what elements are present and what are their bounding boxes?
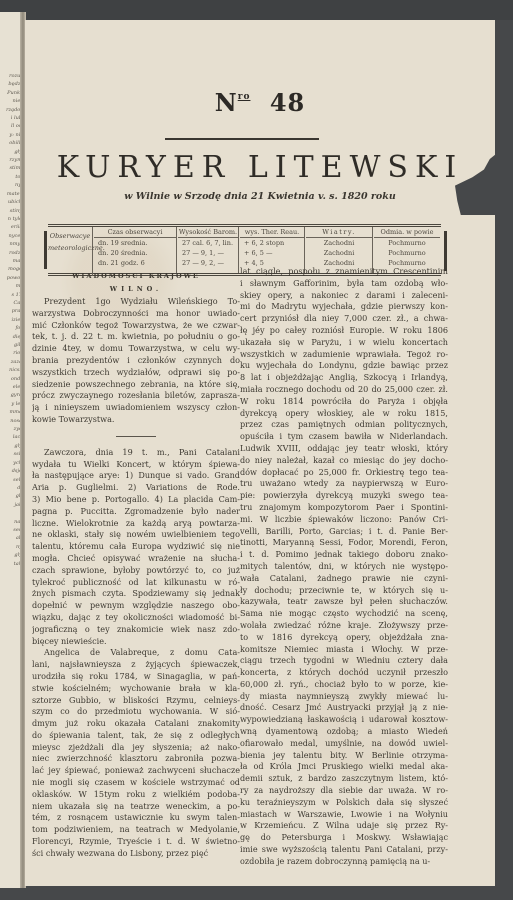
text-line: siedzenie powszechnego zebrania, na któr… [32,379,240,391]
cell: 27 — 9, 1, — [178,248,238,258]
edge-text-line: y le- [0,400,22,408]
text-line: gę do Petersburga i Moskwy. Wsławiając [240,832,448,844]
edge-text-line: rzym [0,156,22,164]
edge-text-line: eriis [0,223,22,231]
text-line: ku wyjechała do Londynu, gdzie bawiąc pr… [240,360,448,372]
table-left-bar [44,231,47,269]
text-line: to w 1816 dyrekcyą opery, objeżdżała zna… [240,632,448,644]
text-line: pagna p. Puccitta. Zgromadzenie było nad… [32,506,240,518]
text-line: tylekroć publiczność od lat kilkunastu w… [32,577,240,589]
cell: 27 — 9, 2, — [178,258,238,268]
edge-text-line: stiny [0,207,22,215]
edge-text-line: rio- [0,349,22,357]
edge-text-line: m- [0,282,22,290]
text-line: Prezydent 1go Wydziału Wileńskiego To- [32,296,240,308]
cell: 27 cal. 6, 7, lin. [178,238,238,248]
text-line: mi do Madrytu wyjechała, gdzie pierwszy … [240,301,448,313]
text-line: szym co do przedmiotu wychowania. W sió- [32,706,240,718]
section-heading: WIADOMOSCI KRAJOWE [32,270,240,282]
text-line: Sama nie mogąc często wychodzić na scenę… [240,608,448,620]
cell: Pochmurno [374,238,440,248]
text-line: do śpiewania talent, tak, że się z odleg… [32,730,240,742]
text-line: mi. W liczbie śpiewaków liczono: Panów C… [240,514,448,526]
issue-number-value: 48 [270,88,305,117]
edge-text-line: i lub [0,114,22,122]
header-thermometer: wys. Ther. Reau. [240,227,304,238]
text-line: wszystkich w zadumienie wprawiała. Tegoż… [240,349,448,361]
text-line: ry za naydroższy dla siebie dar uważa. W… [240,785,448,797]
title-rule [165,138,319,140]
cell: dn. 19 srednia. [94,238,176,248]
text-line: tru znajomym kompozytorom Paer i Spontin… [240,502,448,514]
text-line: niem ukazała się na teatrze weneckim, a … [32,801,240,813]
edge-text-line: diej [0,333,22,341]
text-line: kazywała, teatr zawsze był pełen słuchac… [240,596,448,608]
text-line: ozdobiła je razem dobroczynną pamięcią n… [240,856,448,868]
edge-text-line: gly [0,551,22,559]
text-line: ne oklaski, stały się nowém uwielbieniem… [32,529,240,541]
text-line: wiązku, dając z tey okoliczności wiadomo… [32,612,240,624]
edge-text-line: ali [0,534,22,542]
text-line: kowie Towarzystwa. [32,414,240,426]
text-line: ła następujące arye: 1) Dunque si vado. … [32,470,240,482]
text-line: i t. d. Pomimo jednak takiego doboru zna… [240,549,448,561]
header-winds: Wiatry. [306,227,372,238]
text-line: miastach w Warszawie, Lwowie i na Wołyni… [240,809,448,821]
article-divider [116,436,156,437]
text-line: dów dopłacać po 25,000 fr. Orkiestrę teg… [240,467,448,479]
edge-text-line: rządo- [0,106,22,114]
text-line: mić Członków tegoż Towarzystwa, że we cz… [32,320,240,332]
text-line: 60,000 zł. ryń., chociaż było to w porze… [240,679,448,691]
text-line: niec zwierzchność klasztoru zabroniła po… [32,753,240,765]
edge-text-line: gili [0,341,22,349]
edge-text-line: ma- [0,257,22,265]
edge-text-line: jak [0,501,22,509]
scanner-background [0,0,513,20]
left-page-edge-text: rozu,będziPunktnie-rządo-i lubll ody: ni… [0,72,22,568]
text-line: i sławnym Gafforinim, była tam ozdobą wł… [240,278,448,290]
header-barometer: Wysokość Barom. [178,227,238,238]
edge-text-line: dsje [0,467,22,475]
text-line: 3) Mio bene p. Portogallo. 4) La placida… [32,494,240,506]
edge-text-line: ubich [0,198,22,206]
text-line: jograficzną o tey znakomicie wiek nasz z… [32,624,240,636]
text-line: talentu, któremu cała Europa wydziwić si… [32,541,240,553]
text-line: 8 lat i objeżdżając Anglią, Szkocyą i Ir… [240,372,448,384]
text-line: ofiarowało medal, umyślnie, na dowód uwi… [240,738,448,750]
text-line: tek, t. j. d. 22 t. m. kwietnia, po połu… [32,331,240,343]
header-sky: Odmia. w powie [374,227,440,238]
text-line: imie swe wyższością talentu Pani Catalan… [240,844,448,856]
text-line: pie: powierzyła dyrekcyą muzyki swego te… [240,490,448,502]
edge-text-line: zaza [0,358,22,366]
cell: + 6, 2 stopn [240,238,304,248]
text-line: koncerta, z których dochód uczynił przes… [240,667,448,679]
text-line: brania prezydentów i członków czynnych d… [32,355,240,367]
text-line: wną dyamentową ozdobą; a miasto Wiedeń [240,726,448,738]
edge-text-line: stim, [0,164,22,172]
col-barometer: Wysokość Barom. 27 cal. 6, 7, lin. 27 — … [178,227,239,273]
text-line: dmym już roku okazała Catalani znakomity [32,718,240,730]
edge-text-line: sel- [0,476,22,484]
col-time: Czas obserwacyi dn. 19 srednia. dn. 20 ś… [94,227,177,273]
edge-text-line: gli [0,492,22,500]
edge-text-line: lac- [0,433,22,441]
edge-text-line: mma [0,408,22,416]
edge-text-line: rozu, [0,72,22,80]
text-line: wydała tu Wielki Koncert, w którym śpiew… [32,459,240,471]
edge-text-line: ll od [0,122,22,130]
edge-text-line: mater [0,190,22,198]
text-line: tém, z rosnącem ustawicznie ku swym tale… [32,812,240,824]
dateline: w Wilnie w Srzodę dnia 21 Kwietnia v. s.… [25,191,495,202]
edge-text-line: nmy- [0,240,22,248]
text-line: Angelica de Valabreque, z domu Cata- [32,647,240,659]
text-line: Florencyi, Rzymie, Tryeście i t. d. W św… [32,836,240,848]
text-line: ści chwały wezwana do Lisbony, przez pię… [32,848,240,860]
text-line: do niey należał, kazał co miesiąc do jey… [240,455,448,467]
edge-text-line: ny. [0,181,22,189]
text-line: tom podziwieniem, na teatrach w Medyolan… [32,824,240,836]
article-catalani: Zawczora, dnia 19 t. m., Pani Catalaniwy… [32,447,240,860]
cell: Zachodni [306,238,372,248]
text-line: cert przyniósł dla niey 7,000 czer. zł.,… [240,313,448,325]
text-line: wszystkich trzech wydziałów, odprawi się… [32,367,240,379]
edge-text-line: nyce- [0,232,22,240]
article-catalani-continued: lat ciągle, pospołu z znamienitym Cresce… [240,266,448,868]
text-line: lani, najsławnieysza z żyjących śpiewacz… [32,659,240,671]
text-line: czach sprawione, byłoby powtórzyć to, co… [32,565,240,577]
edge-text-line: rodzi [0,249,22,257]
edge-text-line: izie- [0,316,22,324]
edge-text-line: y: ni- [0,131,22,139]
city-heading: WILNO. [32,282,240,296]
text-line: łę jéy po całey rozniósł Europie. W roku… [240,325,448,337]
text-line: stwie kościelném; wychowanie brała w kla… [32,683,240,695]
text-line: lać jey śpiewać, ponieważ zachwyceni słu… [32,765,240,777]
text-line: urodziła się roku 1784, w Sinagaglia, w … [32,671,240,683]
text-line: ciągu trzech tygodni w Wiedniu cztery da… [240,655,448,667]
text-line: wała Catalani, żadnego prawie nie czyni- [240,573,448,585]
edge-text-line: będzi [0,80,22,88]
edge-text-line: nie- [0,97,22,105]
edge-text-line: tah [0,560,22,568]
text-line: ła od Króla Jmci Pruskiego wielki medal … [240,761,448,773]
text-line: lat ciągle, pospołu z znamienitym Cresce… [240,266,448,278]
edge-text-line: s 17 [0,291,22,299]
edge-text-line: moge [0,265,22,273]
text-line: liczne. Wielokrotnie za każdą aryą powta… [32,518,240,530]
edge-text-line: gły [0,148,22,156]
edge-text-line: fo- [0,324,22,332]
text-line: mieysc zjeżdżali dla jey słyszenia; aż n… [32,742,240,754]
cell: Pochmurno [374,248,440,258]
text-line: dopełnić w pewnym względzie naszego obo- [32,600,240,612]
table-right-bar [444,231,447,271]
edge-text-line: na- [0,518,22,526]
text-line: skiey opery, a nakoniec z darami i zalec… [240,290,448,302]
text-line: prócz zwyczaynego rozesłania biletów, za… [32,390,240,402]
edge-text-line: gyra [0,391,22,399]
text-line: mogła. Chcieć opisywać wrażenie na słuch… [32,553,240,565]
text-line: tru uważano wtedy za naypierwszą w Euro- [240,478,448,490]
text-line: żnych pismach czyta. Spodziewamy się jed… [32,588,240,600]
issue-label-sup: ro [238,92,251,102]
text-line: W roku 1814 powróciła do Paryża i objęła [240,396,448,408]
text-line: warzystwa Dobroczynności ma honor uwiado… [32,308,240,320]
text-line: Aria p. Guglielmi. 2) Variations de Rode… [32,482,240,494]
text-line: wolała zwiedzać różne kraje. Złożywszy p… [240,620,448,632]
text-line: komitsze Niemiec miasta i Włochy. W prze… [240,644,448,656]
text-line: oklasków. W 15tym roku z wielkiém podoba… [32,789,240,801]
text-line: miała rocznego dochodu od 20 do 25,000 c… [240,384,448,396]
cell: dn. 21 godz. 6 [94,258,176,268]
masthead-title: KURYER LITEWSKI [25,150,495,185]
text-line: opuściła i tym czasem bawiła w Niderland… [240,431,448,443]
edge-text-line: ond- [0,375,22,383]
edge-text-line: gly [0,442,22,450]
cell: Zachodni [306,248,372,258]
edge-text-line: powo- [0,274,22,282]
edge-text-line: i [0,509,22,517]
edge-text-line: ele- [0,383,22,391]
edge-text-line: n tyle [0,215,22,223]
text-line: dyrekcyą opery włoskiey, ale w roku 1815… [240,408,448,420]
edge-text-line: obili- [0,139,22,147]
edge-text-line: sed [0,526,22,534]
edge-text-line: pra- [0,307,22,315]
article-announcement: Prezydent 1go Wydziału Wileńskiego To-wa… [32,296,240,426]
text-line: w Krzemieńcu. Z Wilna udaje się przez Ry… [240,820,448,832]
text-line: dy miasta naymnieyszą zwykły miewać lu- [240,691,448,703]
text-line: Ludwik XVIII, oddając jey teatr włoski, … [240,443,448,455]
text-line: ku teraźnieyszym w Polskich dała się sły… [240,797,448,809]
text-line: ukazała się w Paryżu, i w wielu koncerta… [240,337,448,349]
edge-text-line: nicsz [0,366,22,374]
edge-text-line: to, [0,173,22,181]
text-line: ją i ninieyszem uwiadomieniem wszyscy cz… [32,402,240,414]
text-line: mitych talentów, dni, w których nie wyst… [240,561,448,573]
edge-text-line: ych [0,459,22,467]
edge-text-line: nosa [0,417,22,425]
cell: dn. 20 średnia. [94,248,176,258]
left-column: WIADOMOSCI KRAJOWE WILNO. Prezydent 1go … [32,268,240,860]
text-line: wypowiedzianą łaskawością i udarował kos… [240,714,448,726]
issue-label: N [215,88,238,117]
text-line: nie mogli się czasem w kościele wstrzyma… [32,777,240,789]
edge-text-line: ny [0,543,22,551]
cell: + 6, 5 — [240,248,304,258]
issue-number: Nro 48 [25,88,495,117]
edge-text-line: Punkt [0,89,22,97]
text-line: dność. Cesarz Jmć Austryacki przyjął ją … [240,702,448,714]
edge-text-line: di [0,484,22,492]
text-line: bięcey niewieście. [32,636,240,648]
edge-text-line: ssi- [0,450,22,458]
text-line: bienia jey talentu bity. W Berlinie otrz… [240,750,448,762]
right-column: lat ciągle, pospołu z znamienitym Cresce… [240,266,448,868]
text-line: dzinie 4tey, w domu Towarzystwa, w celu … [32,343,240,355]
text-line: sztorze Gubbio, w bliskości Rzymu, celni… [32,695,240,707]
header-time: Czas obserwacyi [94,227,176,238]
text-line: velli, Barilli, Porto, Garcias; i t. d. … [240,526,448,538]
edge-text-line: zyę [0,425,22,433]
edge-text-line: Ca- [0,299,22,307]
text-line: tinotti, Maryanną Sessi, Fodor, Morendi,… [240,537,448,549]
text-line: demii sztuk, z bardzo zaszczytnym listem… [240,773,448,785]
text-line: przez czas pamiętnych odmian politycznyc… [240,419,448,431]
text-line: ły dochodu; przeciwnie te, w których się… [240,585,448,597]
text-line: Zawczora, dnia 19 t. m., Pani Catalani [32,447,240,459]
